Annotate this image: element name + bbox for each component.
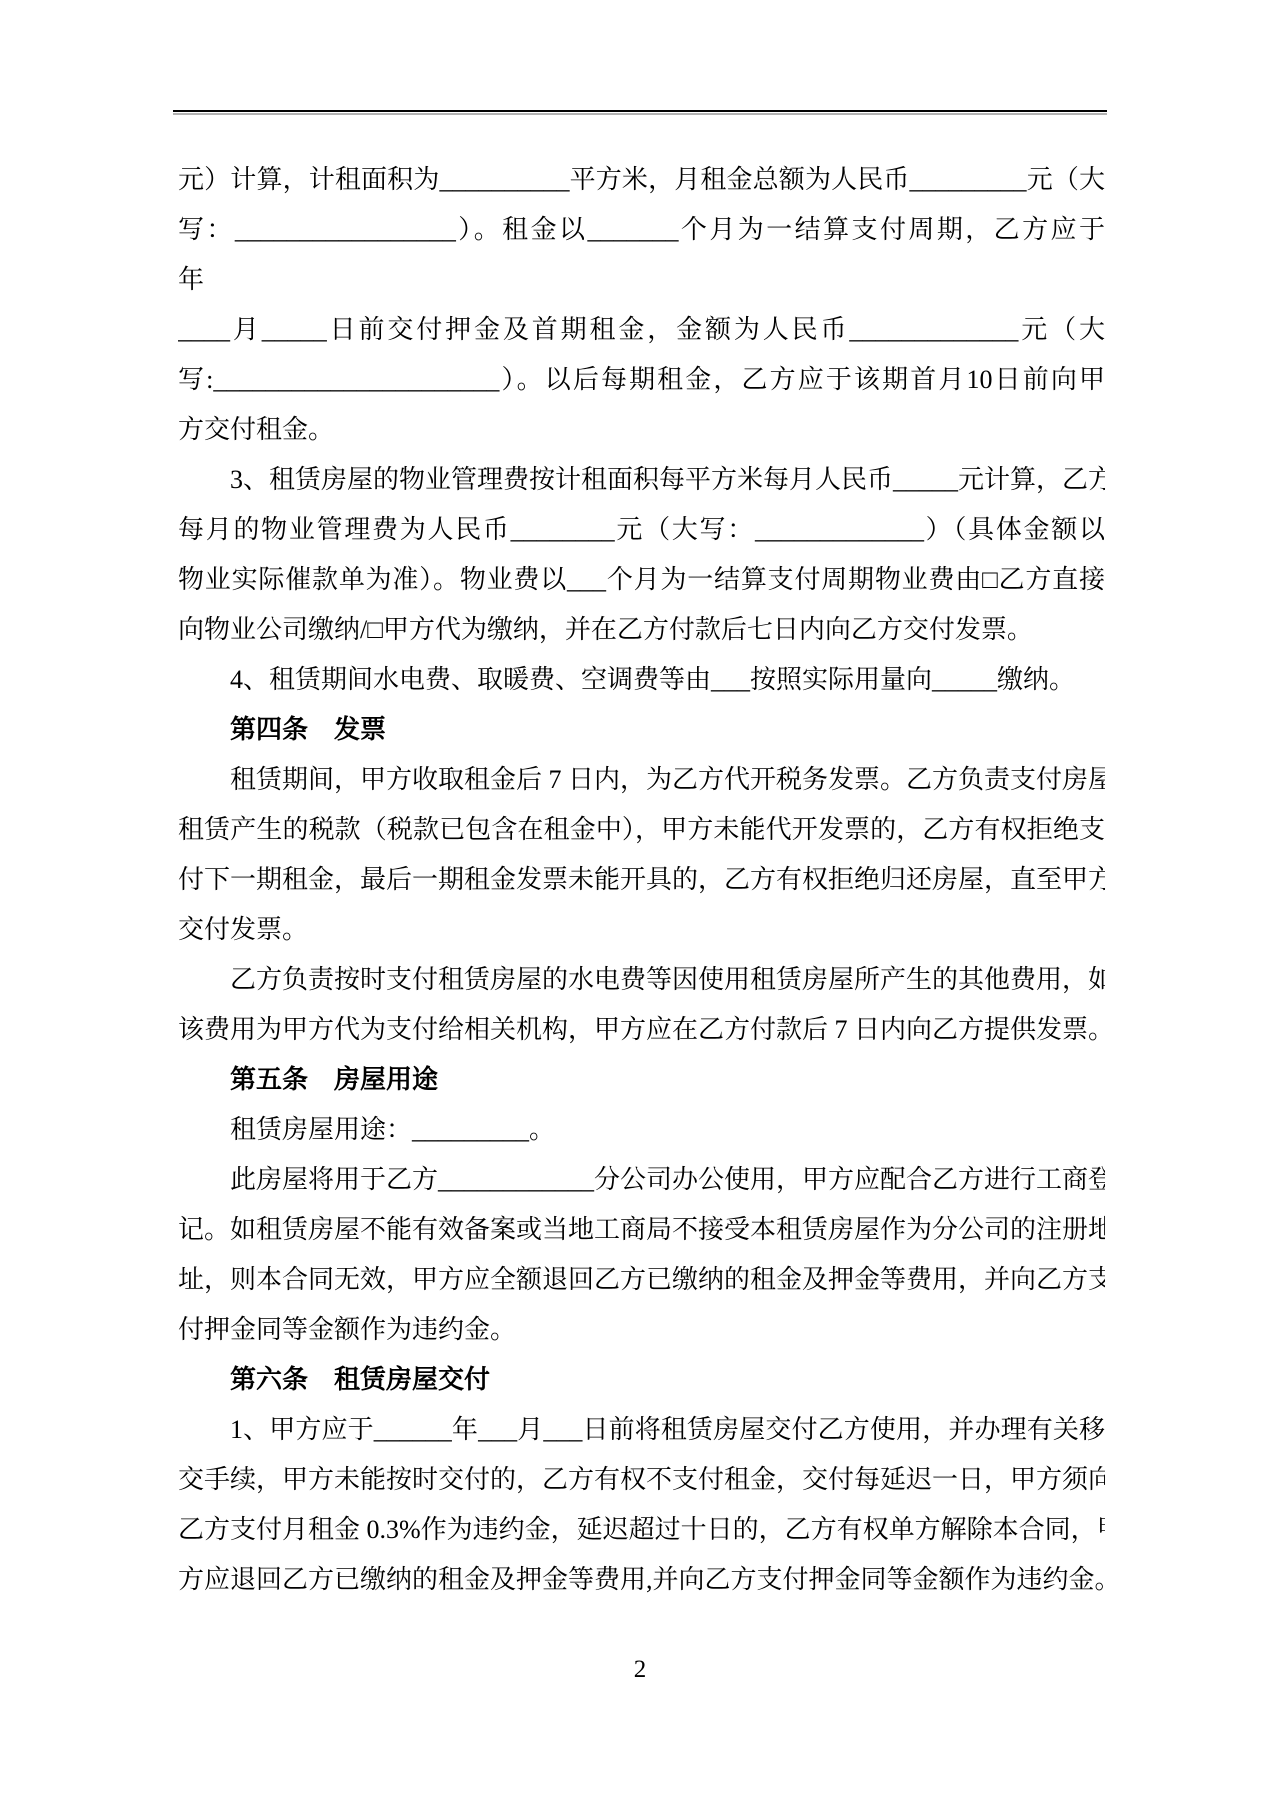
document-page: 元）计算，计租面积为__________平方米，月租金总额为人民币_______…	[0, 0, 1280, 1810]
document-line: 乙方支付月租金 0.3%作为违约金，延迟超过十日的，乙方有权单方解除本合同，甲	[178, 1505, 1105, 1555]
contract-body: 元）计算，计租面积为__________平方米，月租金总额为人民币_______…	[178, 155, 1105, 1605]
document-line: 物业实际催款单为准）。物业费以___个月为一结算支付周期物业费由□乙方直接	[178, 555, 1105, 605]
document-line: 乙方负责按时支付租赁房屋的水电费等因使用租赁房屋所产生的其他费用，如	[178, 955, 1105, 1005]
document-line: 3、租赁房屋的物业管理费按计租面积每平方米每月人民币_____元计算，乙方	[178, 455, 1105, 505]
document-line: 写:______________________）。以后每期租金，乙方应于该期首…	[178, 355, 1105, 405]
section-heading: 第四条 发票	[178, 705, 1105, 755]
page-number: 2	[0, 1650, 1280, 1690]
document-line: 此房屋将用于乙方____________分公司办公使用，甲方应配合乙方进行工商登	[178, 1155, 1105, 1205]
document-line: 租赁产生的税款（税款已包含在租金中），甲方未能代开发票的，乙方有权拒绝支	[178, 805, 1105, 855]
document-line: 租赁房屋用途：_________。	[178, 1105, 1105, 1155]
document-line: 交手续，甲方未能按时交付的，乙方有权不支付租金，交付每延迟一日，甲方须向	[178, 1455, 1105, 1505]
document-line: 方应退回乙方已缴纳的租金及押金等费用,并向乙方支付押金同等金额作为违约金。	[178, 1555, 1105, 1605]
document-line: 租赁期间，甲方收取租金后 7 日内，为乙方代开税务发票。乙方负责支付房屋	[178, 755, 1105, 805]
document-line: 付押金同等金额作为违约金。	[178, 1305, 1105, 1355]
document-line: 方交付租金。	[178, 405, 1105, 455]
header-rule	[173, 110, 1107, 112]
document-line: 向物业公司缴纳/□甲方代为缴纳，并在乙方付款后七日内向乙方交付发票。	[178, 605, 1105, 655]
document-line: 4、租赁期间水电费、取暖费、空调费等由___按照实际用量向_____缴纳。	[178, 655, 1105, 705]
document-line: 每月的物业管理费为人民币________元（大写：_____________）（…	[178, 505, 1105, 555]
document-line: 写：_________________）。租金以_______个月为一结算支付周…	[178, 205, 1105, 255]
section-heading: 第五条 房屋用途	[178, 1055, 1105, 1105]
document-line: 年	[178, 255, 1105, 305]
document-line: 付下一期租金，最后一期租金发票未能开具的，乙方有权拒绝归还房屋，直至甲方	[178, 855, 1105, 905]
document-line: ____月_____日前交付押金及首期租金，金额为人民币____________…	[178, 305, 1105, 355]
document-line: 该费用为甲方代为支付给相关机构，甲方应在乙方付款后 7 日内向乙方提供发票。	[178, 1005, 1105, 1055]
document-line: 交付发票。	[178, 905, 1105, 955]
document-line: 1、甲方应于______年___月___日前将租赁房屋交付乙方使用，并办理有关移	[178, 1405, 1105, 1455]
document-line: 记。如租赁房屋不能有效备案或当地工商局不接受本租赁房屋作为分公司的注册地	[178, 1205, 1105, 1255]
section-heading: 第六条 租赁房屋交付	[178, 1355, 1105, 1405]
document-line: 址，则本合同无效，甲方应全额退回乙方已缴纳的租金及押金等费用，并向乙方支	[178, 1255, 1105, 1305]
document-line: 元）计算，计租面积为__________平方米，月租金总额为人民币_______…	[178, 155, 1105, 205]
